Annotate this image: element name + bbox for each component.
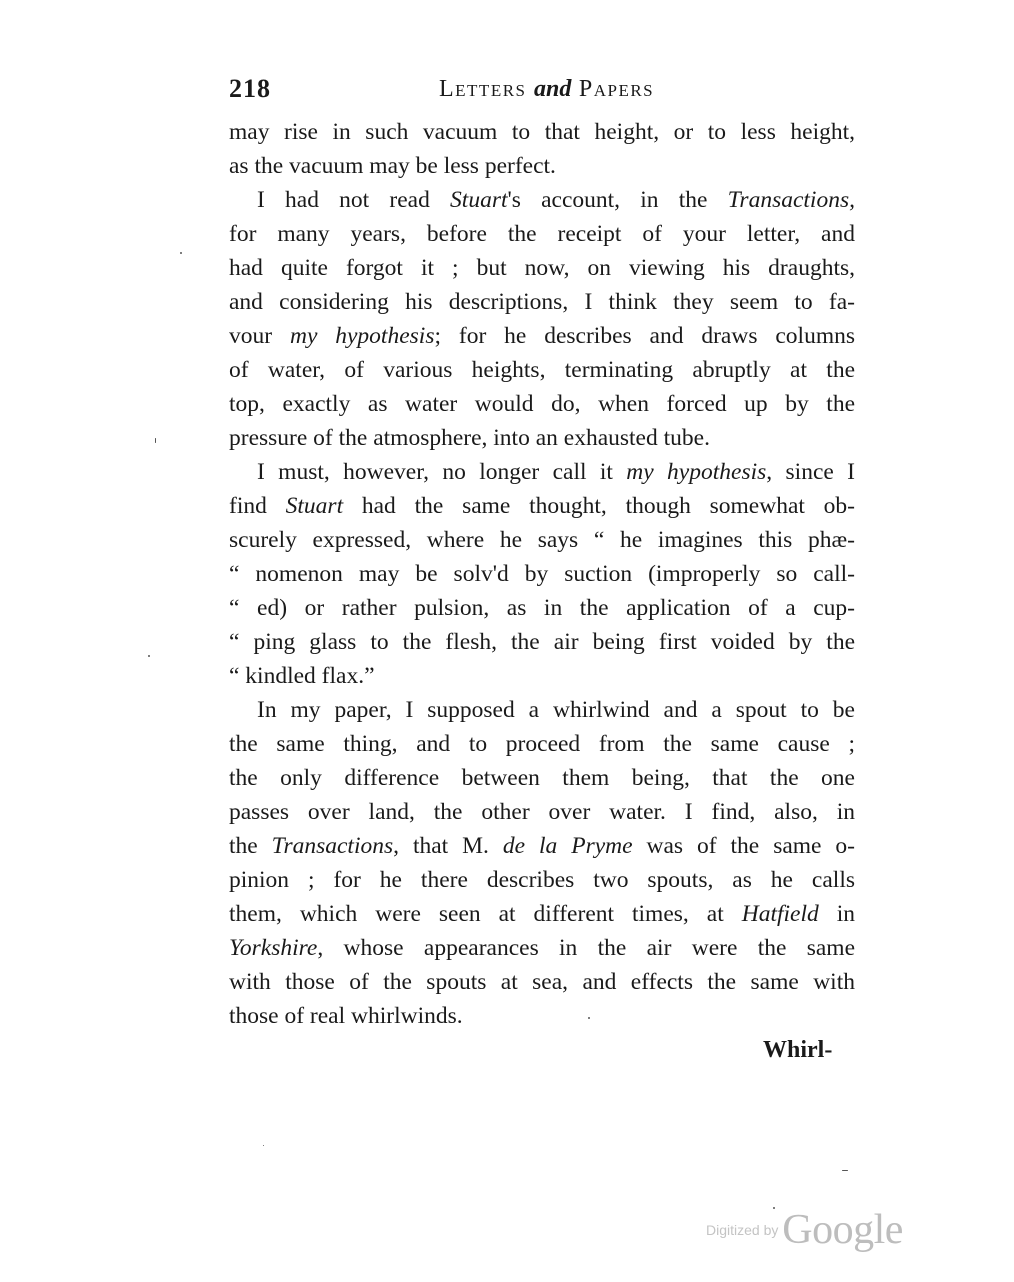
text-segment: , that M.: [393, 833, 503, 859]
text-line: had quite forgot it ; but now, on viewin…: [229, 251, 855, 285]
text-segment: , whose appearances in the air were the …: [317, 935, 855, 961]
text-segment: 's account, in the: [508, 187, 728, 213]
text-line: In my paper, I supposed a whirlwind and …: [229, 693, 855, 727]
text-line: for many years, before the receipt of yo…: [229, 217, 855, 251]
text-line: may rise in such vacuum to that height, …: [229, 115, 855, 149]
text-line: of water, of various heights, terminatin…: [229, 353, 855, 387]
text-line: top, exactly as water would do, when for…: [229, 387, 855, 421]
catchword: Whirl-: [763, 1037, 832, 1064]
google-logo-text: Google: [782, 1207, 903, 1253]
text-segment: In my paper, I supposed a whirlwind and …: [257, 697, 855, 723]
text-line: I had not read Stuart's account, in the …: [229, 183, 855, 217]
running-title-part2: Papers: [571, 76, 654, 102]
text-line: pressure of the atmosphere, into an exha…: [229, 421, 855, 455]
page-number: 218: [229, 74, 271, 104]
text-line: pinion ; for he there describes two spou…: [229, 863, 855, 897]
watermark-prefix: Digitized by: [706, 1222, 782, 1238]
scan-speck: [588, 1017, 590, 1019]
scan-speck: [263, 1145, 264, 1146]
scan-speck: [842, 1170, 848, 1171]
italic-name: de la Pryme: [503, 833, 633, 859]
text-segment: had quite forgot it ; but now, on viewin…: [229, 255, 855, 281]
text-line: scurely expressed, where he says “ he im…: [229, 523, 855, 557]
text-segment: may rise in such vacuum to that height, …: [229, 119, 855, 145]
scan-speck: [148, 655, 150, 657]
text-segment: and considering his descriptions, I thin…: [229, 289, 855, 315]
text-line: “ ping glass to the flesh, the air being…: [229, 625, 855, 659]
text-segment: passes over land, the other over water. …: [229, 799, 855, 825]
text-segment: find: [229, 493, 286, 519]
text-line: Yorkshire, whose appearances in the air …: [229, 931, 855, 965]
scan-speck: [155, 438, 156, 443]
italic-place: Hatfield: [742, 901, 819, 927]
text-segment: had the same thought, though somewhat ob…: [343, 493, 855, 519]
text-line: those of real whirlwinds.: [229, 999, 855, 1033]
text-segment: vour: [229, 323, 290, 349]
text-segment: pressure of the atmosphere, into an exha…: [229, 425, 710, 451]
text-segment: the same thing, and to proceed from the …: [229, 731, 855, 757]
text-line: vour my hypothesis; for he describes and…: [229, 319, 855, 353]
running-title: Letters and Papers: [439, 76, 654, 103]
text-line: passes over land, the other over water. …: [229, 795, 855, 829]
running-title-italic: and: [534, 76, 571, 102]
text-segment: ; for he describes and draws columns: [434, 323, 855, 349]
running-head: 218 Letters and Papers: [229, 74, 854, 108]
text-line: as the vacuum may be less perfect.: [229, 149, 855, 183]
text-line: with those of the spouts at sea, and eff…: [229, 965, 855, 999]
text-line: “ ed) or rather pulsion, as in the appli…: [229, 591, 855, 625]
text-segment: “ nomenon may be solv'd by suction (impr…: [229, 561, 855, 587]
italic-title: Transactions: [272, 833, 393, 859]
italic-phrase: my hypothesis: [290, 323, 435, 349]
text-segment: as the vacuum may be less perfect.: [229, 153, 556, 179]
text-segment: , since I: [766, 459, 855, 485]
text-segment: of water, of various heights, terminatin…: [229, 357, 855, 383]
text-line: them, which were seen at different times…: [229, 897, 855, 931]
italic-title: Transactions,: [728, 187, 855, 213]
italic-name: Stuart: [450, 187, 507, 213]
text-segment: I had not read: [257, 187, 450, 213]
text-line: the only difference between them being, …: [229, 761, 855, 795]
text-segment: top, exactly as water would do, when for…: [229, 391, 855, 417]
text-segment: those of real whirlwinds.: [229, 1003, 463, 1029]
text-segment: “ ed) or rather pulsion, as in the appli…: [229, 595, 855, 621]
text-segment: for many years, before the receipt of yo…: [229, 221, 855, 247]
digitized-by-google-watermark: Digitized by Google: [706, 1206, 903, 1256]
text-line: “ kindled flax.”: [229, 659, 855, 693]
text-segment: “ kindled flax.”: [229, 663, 375, 689]
text-segment: “ ping glass to the flesh, the air being…: [229, 629, 855, 655]
book-page: 218 Letters and Papers may rise in such …: [0, 0, 1014, 1282]
text-segment: the: [229, 833, 272, 859]
text-segment: was of the same o-: [633, 833, 855, 859]
italic-place: Yorkshire: [229, 935, 317, 961]
text-line: the same thing, and to proceed from the …: [229, 727, 855, 761]
scan-speck: [180, 252, 182, 254]
text-segment: scurely expressed, where he says “ he im…: [229, 527, 855, 553]
text-line: “ nomenon may be solv'd by suction (impr…: [229, 557, 855, 591]
text-segment: in: [819, 901, 855, 927]
text-segment: them, which were seen at different times…: [229, 901, 742, 927]
text-segment: the only difference between them being, …: [229, 765, 855, 791]
text-segment: I must, however, no longer call it: [257, 459, 626, 485]
text-line: I must, however, no longer call it my hy…: [229, 455, 855, 489]
text-line: the Transactions, that M. de la Pryme wa…: [229, 829, 855, 863]
text-segment: with those of the spouts at sea, and eff…: [229, 969, 855, 995]
italic-phrase: my hypothesis: [626, 459, 766, 485]
text-line: and considering his descriptions, I thin…: [229, 285, 855, 319]
italic-name: Stuart: [286, 493, 343, 519]
body-text: may rise in such vacuum to that height, …: [229, 115, 855, 1033]
text-line: find Stuart had the same thought, though…: [229, 489, 855, 523]
running-title-part1: Letters: [439, 76, 534, 102]
text-segment: pinion ; for he there describes two spou…: [229, 867, 855, 893]
